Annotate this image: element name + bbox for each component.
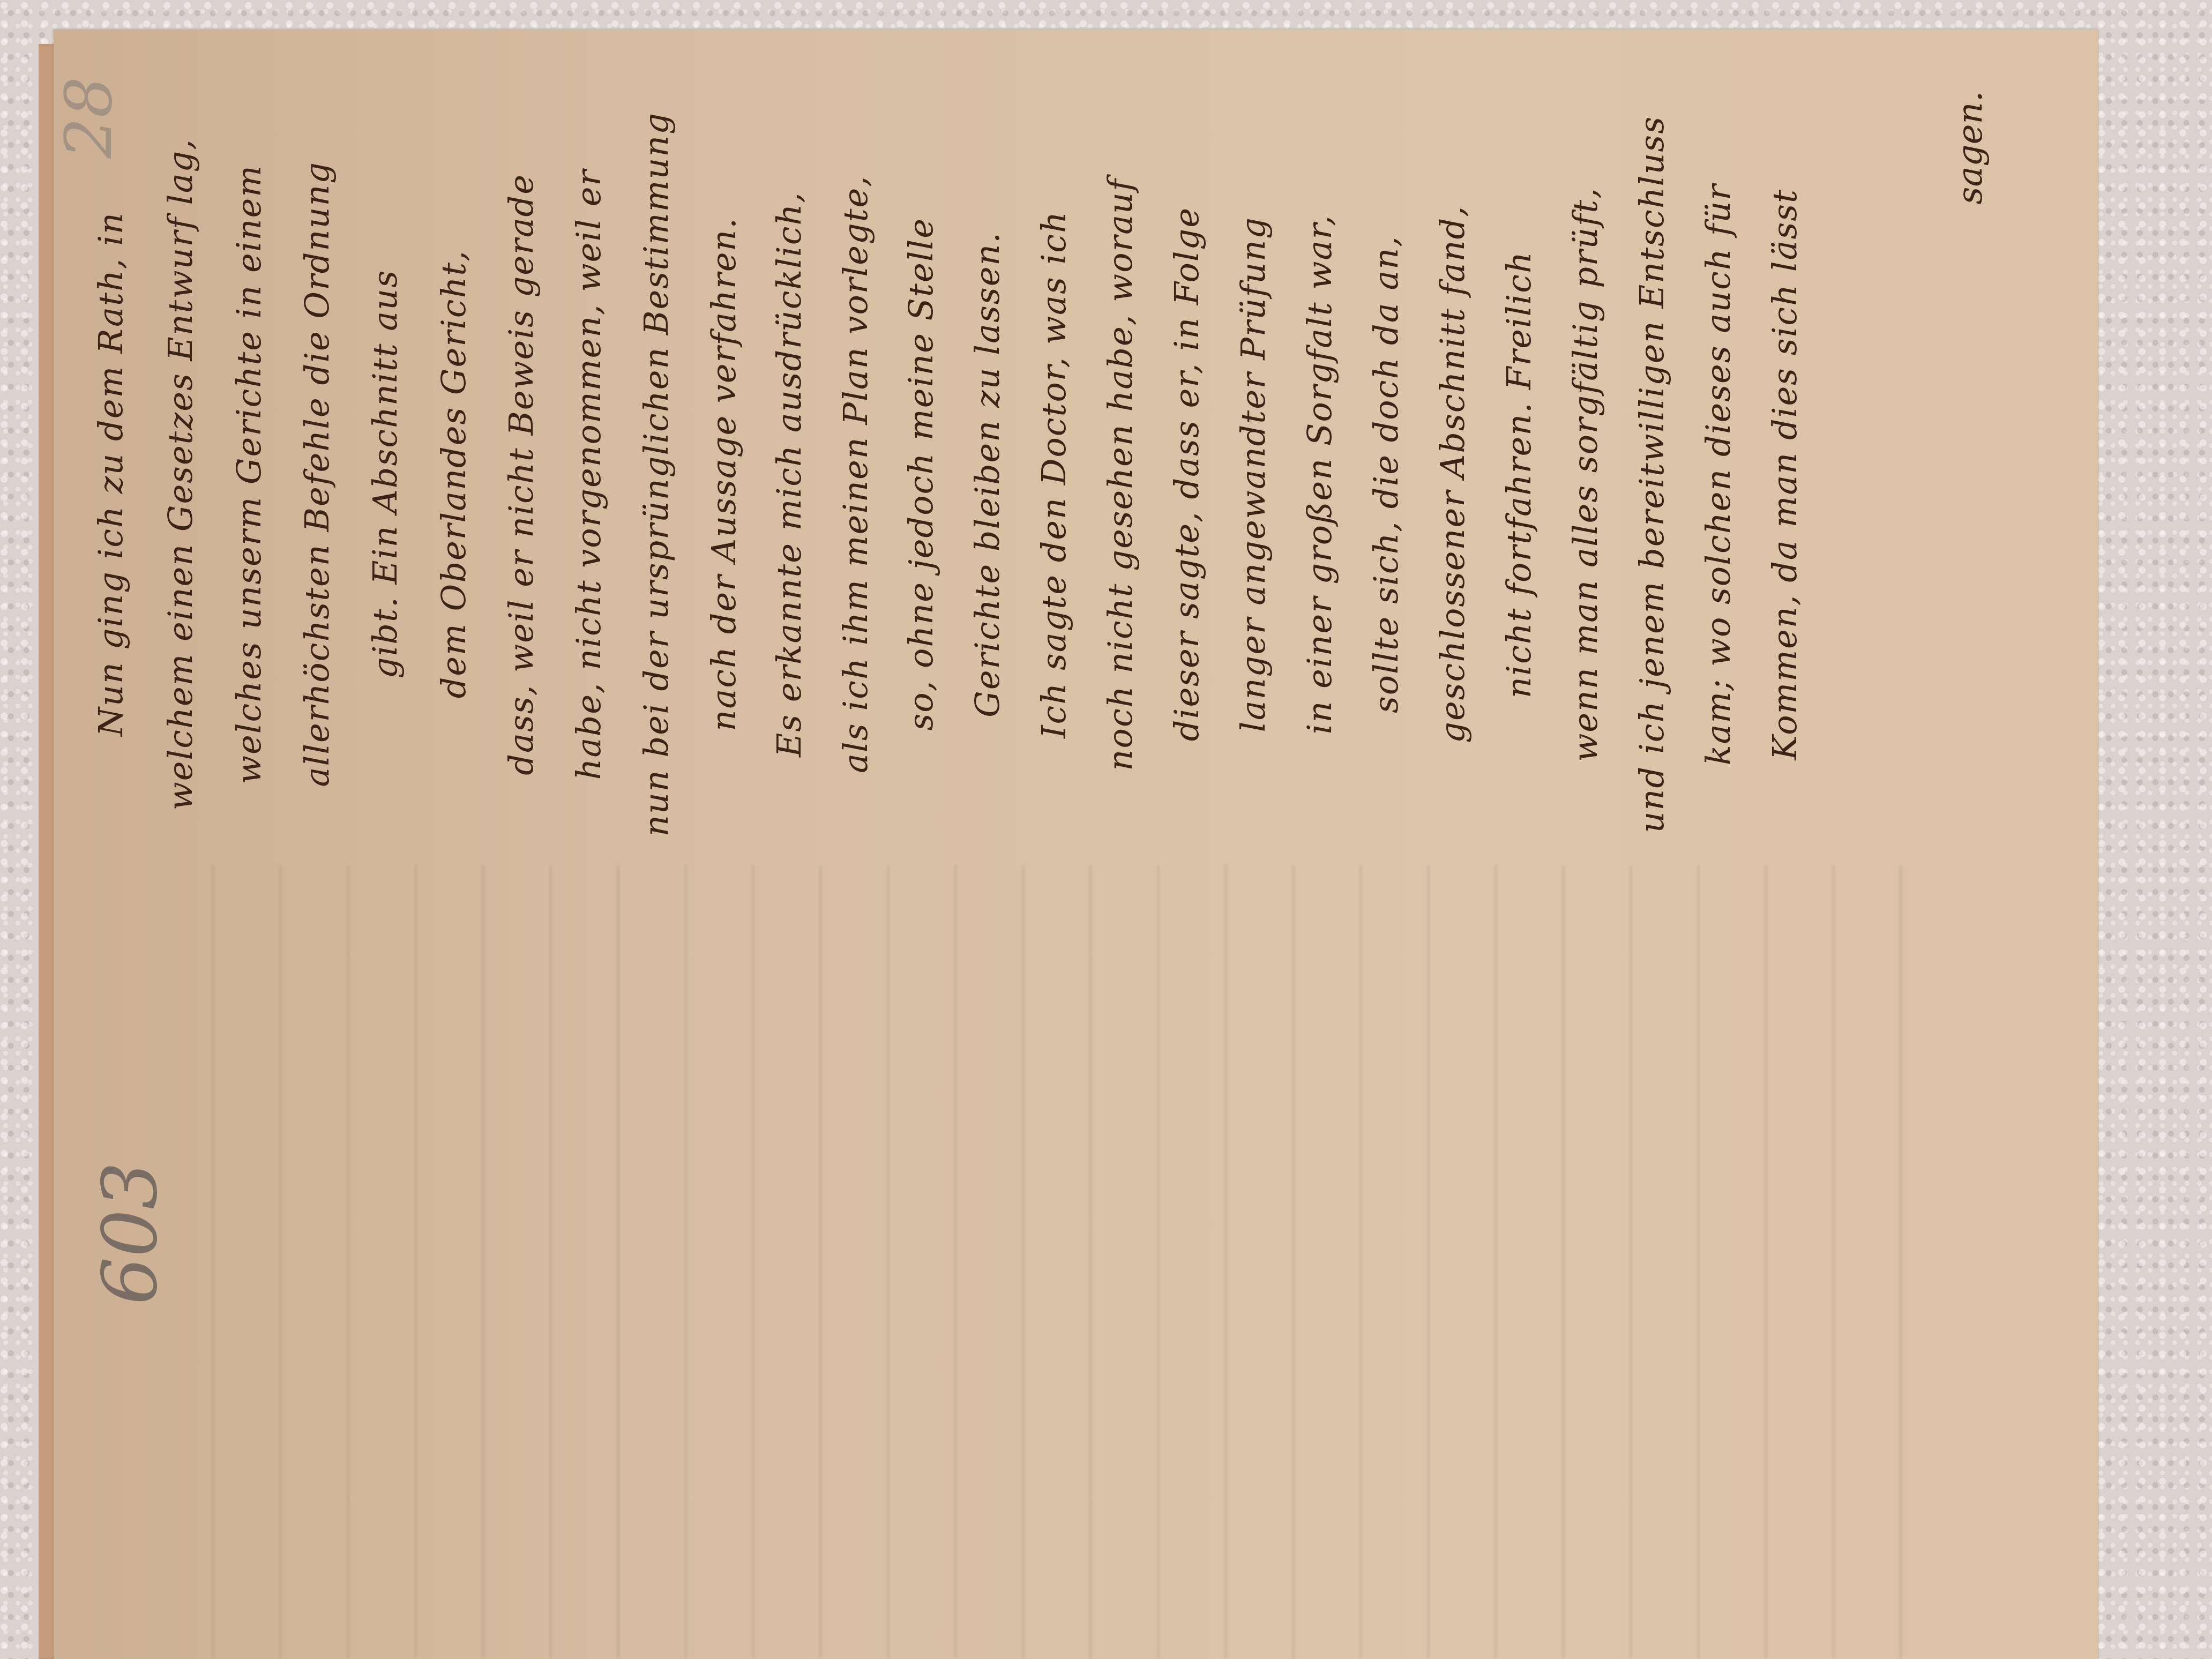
- handwriting-line: kam; wo solchen dieses auch für: [1699, 59, 1758, 890]
- handwriting-line: Ich sagte den Doctor, was ich: [1034, 59, 1093, 890]
- handwriting-line: gibt. Ein Abschnitt aus: [365, 59, 424, 890]
- handwriting-line: allerhöchsten Befehle die Ordnung: [297, 59, 356, 890]
- handwriting-line: nun bei der ursprünglichen Bestimmung: [637, 59, 696, 890]
- catchword: sagen.: [1951, 91, 1990, 204]
- handwriting-line: dem Oberlandes Gericht,: [434, 59, 493, 890]
- handwriting-line: habe, nicht vorgenommen, weil er: [569, 59, 628, 890]
- handwriting-line: nach der Aussage verfahren.: [704, 59, 763, 890]
- handwriting-line: dieser sagte, dass er, in Folge: [1167, 59, 1226, 890]
- handwriting-line: langer angewandter Prüfung: [1234, 59, 1292, 890]
- handwriting-block: Nun ging ich zu dem Rath, in welchem ein…: [91, 59, 1967, 906]
- handwriting-line: sollte sich, die doch da an,: [1366, 59, 1425, 890]
- folio-number-left: 603: [87, 1162, 174, 1305]
- handwriting-line: noch nicht gesehen habe, worauf: [1101, 59, 1160, 890]
- handwriting-line: dass, weil er nicht Beweis gerade: [502, 59, 561, 890]
- handwriting-line: so, ohne jedoch meine Stelle: [901, 59, 960, 890]
- handwriting-line: Kommen, da man dies sich lässt: [1765, 59, 1824, 890]
- handwriting-line: nicht fortfahren. Freilich: [1499, 59, 1558, 890]
- bleed-through-text: [161, 865, 1956, 1658]
- handwriting-line: Nun ging ich zu dem Rath, in: [91, 59, 150, 890]
- handwriting-line: als ich ihm meinen Plan vorlegte,: [836, 59, 895, 890]
- handwriting-line: wenn man alles sorgfältig prüft,: [1566, 59, 1625, 890]
- handwriting-line: Gerichte bleiben zu lassen.: [968, 59, 1027, 890]
- handwriting-line: und ich jenem bereitwilligen Entschluss: [1632, 59, 1691, 890]
- handwriting-line: Es erkannte mich ausdrücklich,: [769, 59, 828, 890]
- handwriting-line: in einer großen Sorgfalt war,: [1300, 59, 1359, 890]
- handwriting-line: geschlossener Abschnitt fand,: [1433, 59, 1492, 890]
- handwriting-line: welches unserm Gerichte in einem: [229, 59, 288, 890]
- handwriting-line: welchem einen Gesetzes Entwurf lag,: [161, 59, 220, 890]
